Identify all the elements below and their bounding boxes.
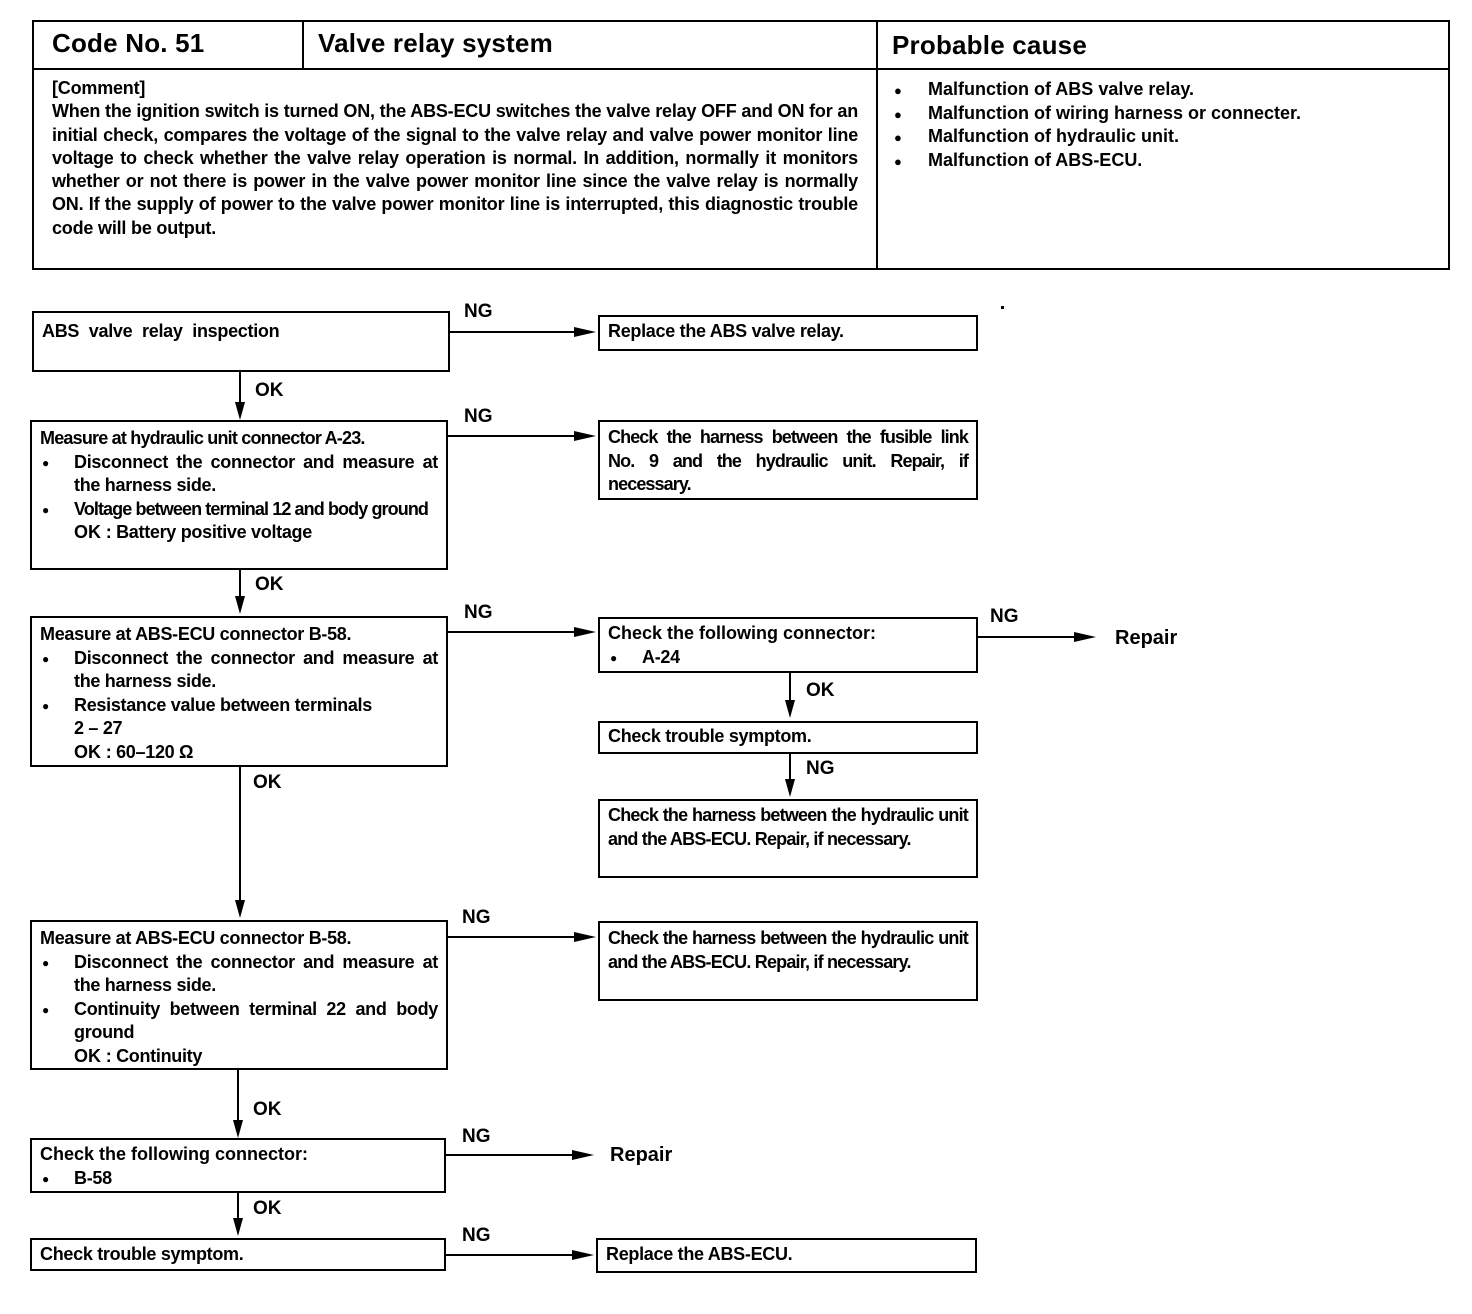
arrow-down-icon: [235, 402, 245, 420]
ok-connector-line: [789, 673, 791, 703]
arrow-down-icon: [785, 779, 795, 797]
step-text: Check trouble symptom.: [608, 725, 968, 749]
ng-label: NG: [462, 1226, 491, 1246]
ng-connector-line: [448, 936, 576, 938]
ng-connector-line: [448, 435, 576, 437]
probable-causes: Malfunction of ABS valve relay. Malfunct…: [894, 78, 1434, 172]
ok-key: OK: [74, 1046, 101, 1066]
ok-label: OK: [253, 773, 282, 793]
probable-cause-item: Malfunction of wiring harness or connect…: [894, 102, 1434, 126]
step-check-trouble-symptom: Check trouble symptom.: [598, 721, 978, 754]
result-text: Check the harness between the hydraulic …: [608, 804, 968, 851]
result-check-harness-fusible-link: Check the harness between the fusible li…: [598, 420, 978, 500]
code-number: Code No. 51: [52, 28, 204, 59]
header-row-divider: [34, 68, 1448, 70]
step-check-trouble-symptom: Check trouble symptom.: [30, 1238, 446, 1271]
result-replace-valve-relay: Replace the ABS valve relay.: [598, 315, 978, 351]
ng-connector-line: [789, 754, 791, 782]
arrow-down-icon: [235, 900, 245, 918]
ng-connector-line: [978, 636, 1076, 638]
arrow-right-icon: [1074, 632, 1096, 642]
arrow-down-icon: [233, 1218, 243, 1236]
ok-criteria: OK : 60–120 Ω: [40, 741, 438, 765]
step-bullet: Disconnect the connector and measure at …: [40, 647, 438, 694]
ng-connector-line: [450, 331, 576, 333]
ng-label: NG: [462, 1127, 491, 1147]
code-header-table: Code No. 51 Valve relay system Probable …: [32, 20, 1450, 270]
step-bullet: Resistance value between terminals: [40, 694, 438, 718]
probable-cause-title: Probable cause: [892, 30, 1087, 61]
probable-cause-item: Malfunction of hydraulic unit.: [894, 125, 1434, 149]
terminals: 2 – 27: [40, 717, 438, 741]
arrow-right-icon: [572, 1150, 594, 1160]
step-title: Measure at ABS-ECU connector B-58.: [40, 623, 438, 647]
ok-value: : Battery positive voltage: [101, 522, 312, 542]
ok-connector-line: [237, 1070, 239, 1124]
step-title: Check the following connector:: [608, 622, 968, 646]
probable-cause-list: Malfunction of ABS valve relay. Malfunct…: [894, 78, 1434, 172]
probable-cause-item: Malfunction of ABS-ECU.: [894, 149, 1434, 173]
ok-label: OK: [255, 575, 284, 595]
step-measure-hydraulic-unit-a23: Measure at hydraulic unit connector A-23…: [30, 420, 448, 570]
step-check-connector-a24: Check the following connector: A-24: [598, 617, 978, 673]
step-bullet: A-24: [608, 646, 968, 670]
step-title: Measure at hydraulic unit connector A-23…: [40, 427, 438, 451]
step-bullet: B-58: [40, 1167, 436, 1191]
result-check-harness-hydraulic-ecu: Check the harness between the hydraulic …: [598, 799, 978, 878]
step-bullet: Disconnect the connector and measure at …: [40, 451, 438, 498]
arrow-down-icon: [785, 700, 795, 718]
ng-label: NG: [464, 302, 493, 322]
step-check-connector-b58: Check the following connector: B-58: [30, 1138, 446, 1193]
step-abs-valve-relay-inspection: ABS valve relay inspection: [32, 311, 450, 372]
arrow-right-icon: [572, 1250, 594, 1260]
ok-connector-line: [239, 372, 241, 406]
step-text: Check trouble symptom.: [40, 1243, 436, 1267]
arrow-down-icon: [235, 596, 245, 614]
header-col-divider-2: [876, 22, 878, 268]
result-check-harness-hydraulic-ecu: Check the harness between the hydraulic …: [598, 921, 978, 1001]
ng-label: NG: [990, 607, 1019, 627]
result-text: Check the harness between the fusible li…: [608, 426, 968, 497]
ok-criteria: OK : Continuity: [40, 1045, 438, 1069]
arrow-right-icon: [574, 327, 596, 337]
ok-criteria: OK : Battery positive voltage: [40, 521, 438, 545]
comment-body: When the ignition switch is turned ON, t…: [52, 100, 858, 240]
probable-cause-item: Malfunction of ABS valve relay.: [894, 78, 1434, 102]
step-title: Measure at ABS-ECU connector B-58.: [40, 927, 438, 951]
system-name: Valve relay system: [318, 28, 553, 59]
result-replace-abs-ecu: Replace the ABS-ECU.: [596, 1238, 977, 1273]
ok-label: OK: [806, 681, 835, 701]
ok-label: OK: [253, 1199, 282, 1219]
ok-connector-line: [239, 767, 241, 903]
arrow-right-icon: [574, 431, 596, 441]
arrow-right-icon: [574, 932, 596, 942]
step-bullet: Disconnect the connector and measure at …: [40, 951, 438, 998]
header-col-divider-1: [302, 22, 304, 68]
ng-connector-line: [448, 631, 576, 633]
ng-connector-line: [446, 1154, 574, 1156]
ng-label: NG: [462, 908, 491, 928]
ng-connector-line: [446, 1254, 574, 1256]
step-bullet: Continuity between terminal 22 and body …: [40, 998, 438, 1045]
ok-connector-line: [237, 1193, 239, 1221]
step-measure-abs-ecu-b58-continuity: Measure at ABS-ECU connector B-58. Disco…: [30, 920, 448, 1070]
result-text: Check the harness between the hydraulic …: [608, 927, 968, 974]
ng-label: NG: [464, 407, 493, 427]
ok-label: OK: [255, 381, 284, 401]
ng-label: NG: [464, 603, 493, 623]
arrow-right-icon: [574, 627, 596, 637]
step-measure-abs-ecu-b58-resistance: Measure at ABS-ECU connector B-58. Disco…: [30, 616, 448, 767]
comment-label: [Comment]: [52, 77, 858, 100]
ok-key: OK: [74, 522, 101, 542]
ng-label: NG: [806, 759, 835, 779]
step-title: ABS valve relay inspection: [42, 320, 440, 344]
ok-label: OK: [253, 1100, 282, 1120]
result-text: Replace the ABS valve relay.: [608, 320, 968, 344]
scan-speck: [1001, 306, 1004, 309]
comment-section: [Comment] When the ignition switch is tu…: [52, 77, 858, 240]
result-text: Replace the ABS-ECU.: [606, 1243, 967, 1267]
ok-key: OK: [74, 742, 101, 762]
arrow-down-icon: [233, 1120, 243, 1138]
ok-value: : Continuity: [101, 1046, 202, 1066]
step-bullet: Voltage between terminal 12 and body gro…: [40, 498, 438, 522]
repair-action: Repair: [1115, 627, 1177, 649]
ok-value: : 60–120 Ω: [101, 742, 193, 762]
repair-action: Repair: [610, 1144, 672, 1166]
step-title: Check the following connector:: [40, 1143, 436, 1167]
